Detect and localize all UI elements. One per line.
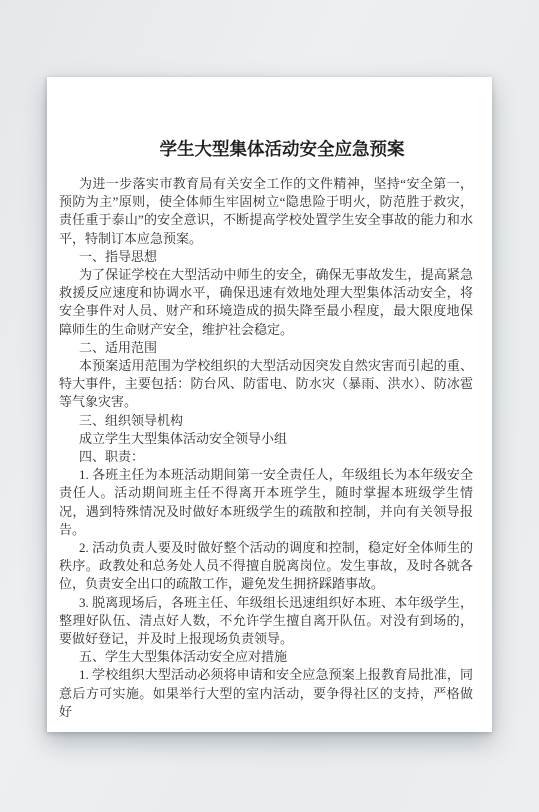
paragraph: 本预案适用范围为学校组织的大型活动因突发自然灾害而引起的重、特大事件，主要包括：…	[59, 357, 473, 412]
paragraph: 1. 学校组织大型活动必须将申请和安全应急预案上报教育局批准，同意后方可实施。如…	[59, 666, 473, 721]
paragraph: 2. 活动负责人要及时做好整个活动的调度和控制，稳定好全体师生的秩序。政教处和总…	[59, 539, 473, 594]
paragraph: 三、组织领导机构	[59, 412, 473, 430]
paragraph: 1. 各班主任为本班活动期间第一安全责任人，年级组长为本年级安全责任人。活动期间…	[59, 466, 473, 539]
document-page: 学生大型集体活动安全应急预案 为进一步落实市教育局有关安全工作的文件精神，坚持“…	[47, 77, 492, 732]
desktop-background: { "document": { "title": "学生大型集体活动安全应急预案…	[0, 0, 539, 812]
paragraph: 一、指导思想	[59, 248, 473, 266]
paragraph: 3. 脱离现场后，各班主任、年级组长迅速组织好本班、本年级学生，整理好队伍、清点…	[59, 594, 473, 649]
paragraph: 为了保证学校在大型活动中师生的安全，确保无事故发生，提高紧急救援反应速度和协调水…	[59, 266, 473, 339]
document-content: 学生大型集体活动安全应急预案 为进一步落实市教育局有关安全工作的文件精神，坚持“…	[47, 77, 492, 721]
document-body: 为进一步落实市教育局有关安全工作的文件精神，坚持“安全第一，预防为主”原则，使全…	[59, 175, 473, 721]
paragraph: 二、适用范围	[59, 339, 473, 357]
paragraph: 五、学生大型集体活动安全应对措施	[59, 648, 473, 666]
paragraph: 成立学生大型集体活动安全领导小组	[59, 430, 473, 448]
paragraph: 四、职责：	[59, 448, 473, 466]
document-title: 学生大型集体活动安全应急预案	[59, 136, 473, 162]
paragraph: 为进一步落实市教育局有关安全工作的文件精神，坚持“安全第一，预防为主”原则，使全…	[59, 175, 473, 248]
